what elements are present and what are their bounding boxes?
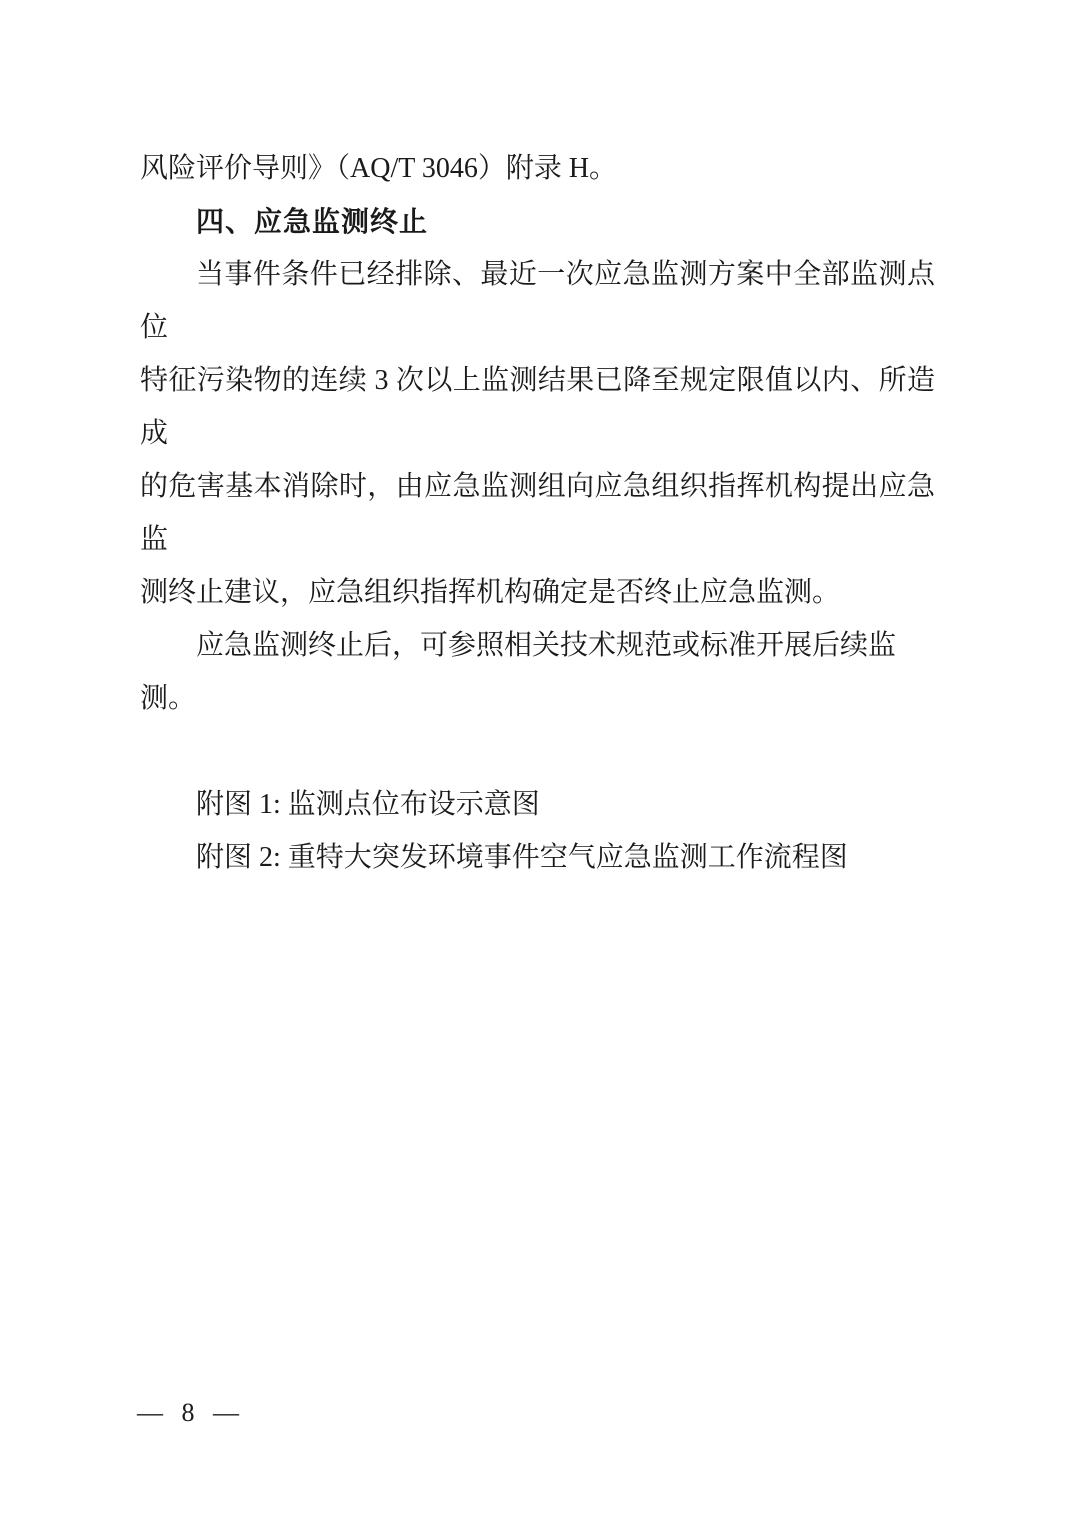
document-page: 风险评价导则》（AQ/T 3046）附录 H。 四、应急监测终止 当事件条件已经…: [0, 0, 1074, 1520]
paragraph1-line-4: 测终止建议，应急组织指挥机构确定是否终止应急监测。: [140, 566, 935, 619]
blank-line: [140, 725, 935, 778]
attachment-reference-1: 附图 1: 监测点位布设示意图: [140, 778, 935, 831]
paragraph1-line-2: 特征污染物的连续 3 次以上监测结果已降至规定限值以内、所造成: [140, 354, 935, 460]
document-body: 风险评价导则》（AQ/T 3046）附录 H。 四、应急监测终止 当事件条件已经…: [140, 142, 935, 884]
page-number: — 8 —: [137, 1398, 241, 1428]
paragraph2-line: 应急监测终止后，可参照相关技术规范或标准开展后续监测。: [140, 619, 935, 725]
intro-line: 风险评价导则》（AQ/T 3046）附录 H。: [140, 142, 935, 195]
attachment-reference-2: 附图 2: 重特大突发环境事件空气应急监测工作流程图: [140, 831, 935, 884]
paragraph1-line-3: 的危害基本消除时，由应急监测组向应急组织指挥机构提出应急监: [140, 460, 935, 566]
section-heading: 四、应急监测终止: [140, 195, 935, 248]
paragraph1-line-1: 当事件条件已经排除、最近一次应急监测方案中全部监测点位: [140, 248, 935, 354]
